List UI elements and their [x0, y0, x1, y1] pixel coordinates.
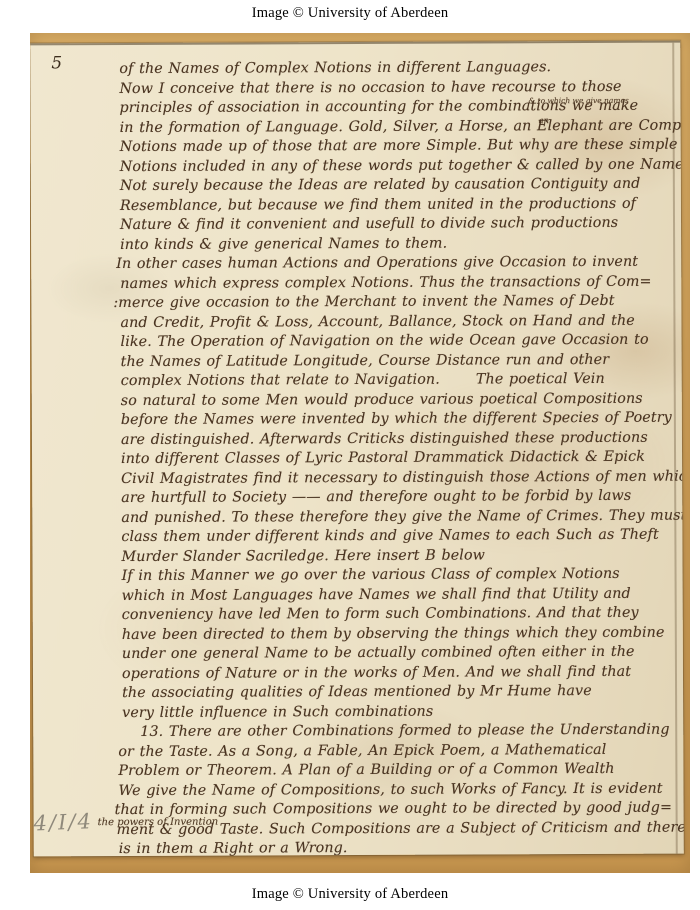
interlinear-note: the powers of Invention: [98, 817, 219, 829]
manuscript-line: are hurtfull to Society —— and therefore…: [121, 488, 682, 510]
manuscript-line: Resemblance, but because we find them un…: [120, 195, 681, 217]
manuscript-line: operations of Nature or in the works of …: [122, 663, 683, 685]
manuscript-line: into kinds & give generical Names to the…: [120, 234, 681, 256]
manuscript-photo: 5 4/I/4 of the Names of Complex Notions …: [30, 33, 690, 873]
manuscript-line: complex Notions that relate to Navigatio…: [121, 371, 682, 393]
manuscript-line: in the formation of Language. Gold, Silv…: [120, 117, 681, 139]
manuscript-line: very little influence in Such combinatio…: [122, 702, 683, 724]
manuscript-line: the associating qualities of Ideas menti…: [122, 683, 683, 705]
manuscript-line: names which express complex Notions. Thu…: [120, 273, 681, 295]
manuscript-line: are distinguished. Afterwards Criticks d…: [121, 429, 682, 451]
manuscript-line: which in Most Languages have Names we sh…: [122, 585, 683, 607]
manuscript-line: Notions included in any of these words p…: [120, 156, 681, 178]
manuscript-line: Nature & find it convenient and usefull …: [120, 215, 681, 237]
interlinear-note: an: [539, 116, 550, 126]
page-number: 5: [51, 53, 62, 73]
interlinear-note: & to which we give names: [528, 96, 628, 105]
manuscript-line: into different Classes of Lyric Pastoral…: [121, 449, 682, 471]
interlinear-insertions: & to which we give namesanthe powers of …: [30, 43, 680, 46]
manuscript-line: the Names of Latitude Longitude, Course …: [121, 351, 682, 373]
manuscript-line: In other cases human Actions and Operati…: [116, 254, 681, 276]
manuscript-line: before the Names were invented by which …: [121, 410, 682, 432]
shelfmark-pencil: 4/I/4: [33, 809, 93, 835]
manuscript-line: and punished. To these therefore they gi…: [121, 507, 682, 529]
manuscript-line: of the Names of Complex Notions in diffe…: [119, 59, 680, 81]
manuscript-line: Civil Magistrates find it necessary to d…: [121, 468, 682, 490]
manuscript-line: :merce give occasion to the Merchant to …: [113, 293, 681, 315]
manuscript-lines: of the Names of Complex Notions in diffe…: [119, 59, 683, 857]
manuscript-line: We give the Name of Compositions, to suc…: [118, 780, 683, 802]
bottom-copyright-caption: Image © University of Aberdeen: [0, 886, 700, 903]
manuscript-line: 13. There are other Combinations formed …: [140, 722, 683, 744]
manuscript-line: is in them a Right or a Wrong.: [119, 839, 684, 857]
manuscript-line: so natural to some Men would produce var…: [121, 390, 682, 412]
manuscript-line: under one general Name to be actually co…: [122, 644, 683, 666]
manuscript-line: like. The Operation of Navigation on the…: [120, 332, 681, 354]
manuscript-line: or the Taste. As a Song, a Fable, An Epi…: [118, 741, 683, 763]
manuscript-line: conveniency have led Men to form such Co…: [122, 605, 683, 627]
manuscript-line: Problem or Theorem. A Plan of a Building…: [118, 761, 683, 783]
manuscript-line: Not surely because the Ideas are related…: [120, 176, 681, 198]
top-copyright-caption: Image © University of Aberdeen: [0, 5, 700, 22]
manuscript-line: have been directed to them by observing …: [122, 624, 683, 646]
manuscript-line: If in this Manner we go over the various…: [122, 566, 683, 588]
manuscript-line: class them under different kinds and giv…: [121, 527, 682, 549]
manuscript-line: and Credit, Profit & Loss, Account, Ball…: [120, 312, 681, 334]
manuscript-line: Notions made up of those that are more S…: [120, 137, 681, 159]
manuscript-page: 5 4/I/4 of the Names of Complex Notions …: [30, 41, 684, 857]
manuscript-line: Murder Slander Sacriledge. Here insert B…: [121, 546, 682, 568]
